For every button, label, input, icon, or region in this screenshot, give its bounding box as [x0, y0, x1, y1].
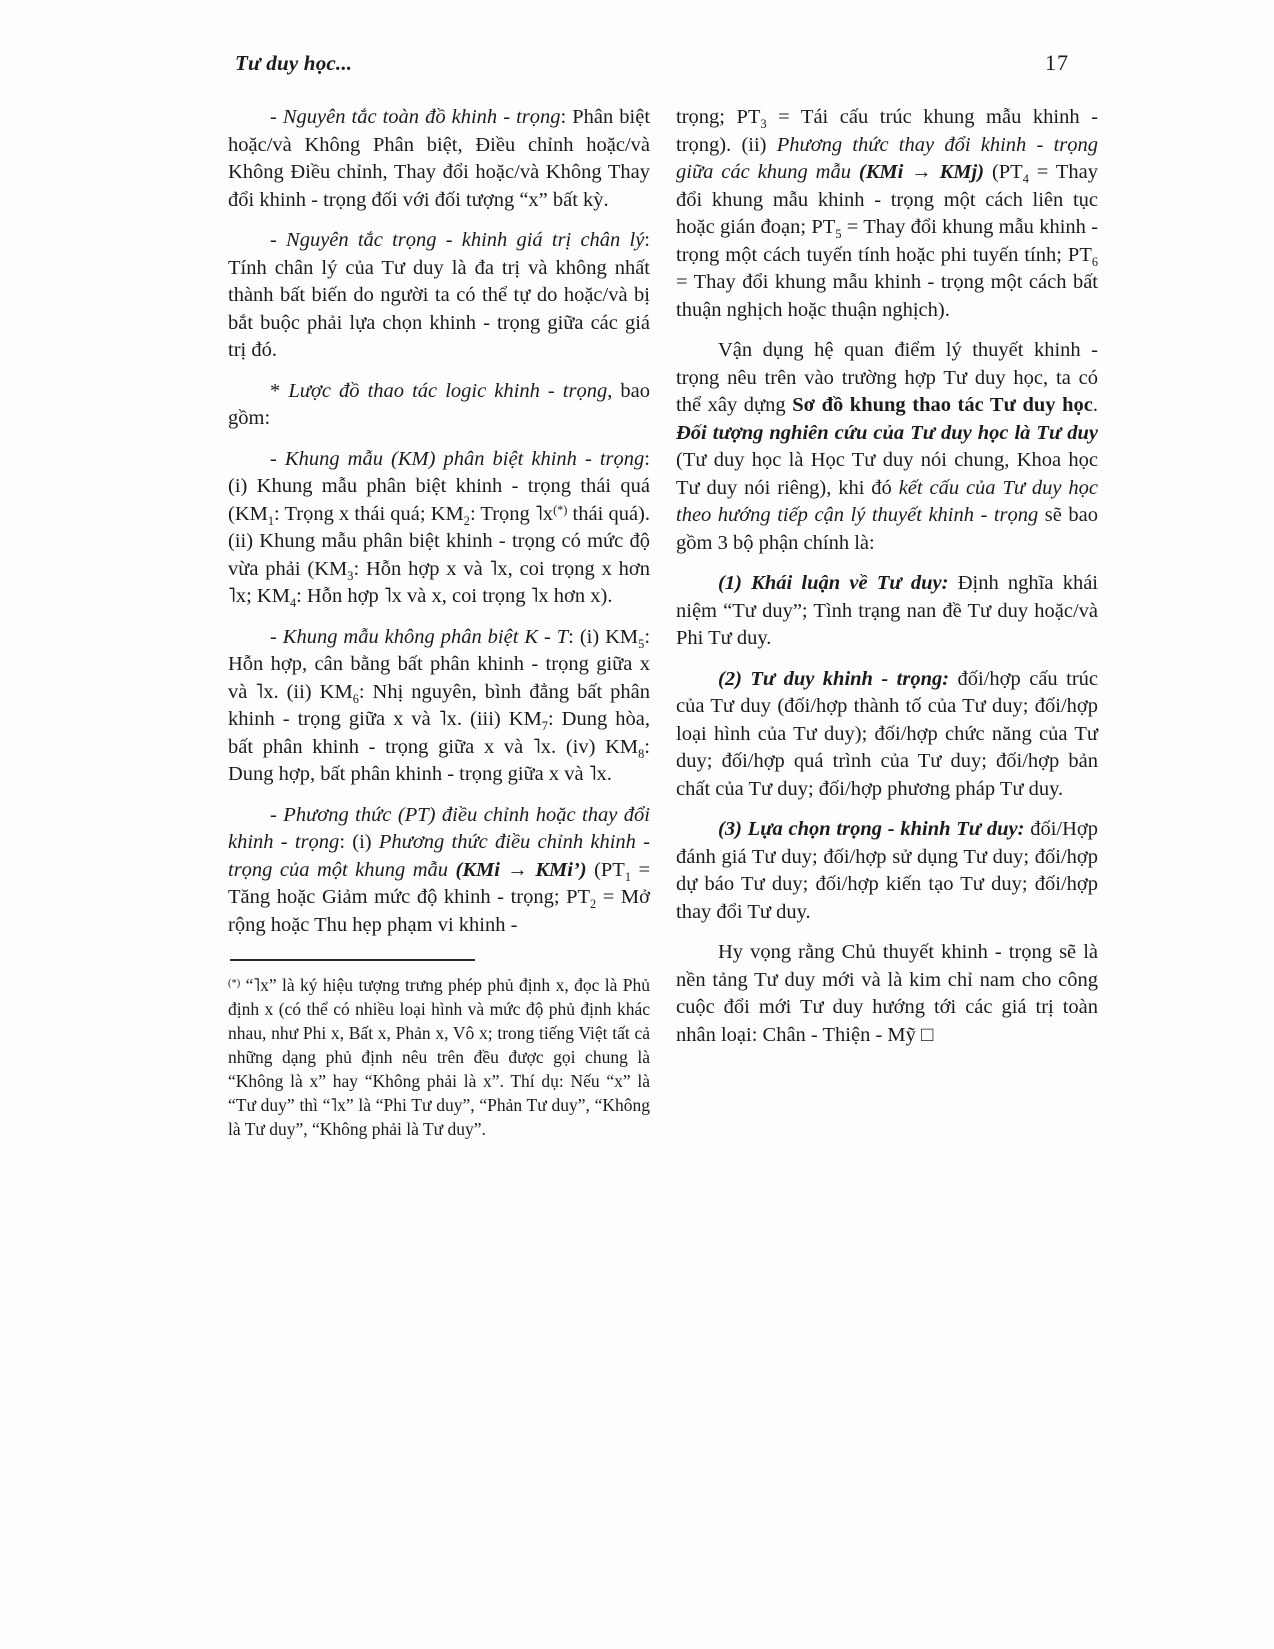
right-column-paragraphs: trọng; PT3 = Tái cấu trúc khung mẫu khin… — [676, 104, 1098, 1049]
running-title: Tư duy học... — [235, 51, 352, 76]
paragraph: - Khung mẫu không phân biệt K - T: (i) K… — [228, 624, 650, 789]
two-column-body: - Nguyên tắc toàn đồ khinh - trọng: Phân… — [228, 104, 1098, 1141]
paragraph: (*) “˥x” là ký hiệu tượng trưng phép phủ… — [228, 973, 650, 1141]
footnote-rule — [230, 959, 475, 961]
page-number: 17 — [1045, 50, 1069, 76]
left-column: - Nguyên tắc toàn đồ khinh - trọng: Phân… — [228, 104, 650, 1141]
paragraph: Hy vọng rằng Chủ thuyết khinh - trọng sẽ… — [676, 939, 1098, 1049]
left-column-paragraphs: - Nguyên tắc toàn đồ khinh - trọng: Phân… — [228, 104, 650, 939]
paragraph: - Nguyên tắc toàn đồ khinh - trọng: Phân… — [228, 104, 650, 214]
paragraph: Vận dụng hệ quan điểm lý thuyết khinh - … — [676, 337, 1098, 557]
paragraph: (2) Tư duy khinh - trọng: đối/hợp cấu tr… — [676, 666, 1098, 804]
document-page: Tư duy học... 17 - Nguyên tắc toàn đồ kh… — [0, 0, 1274, 1649]
paragraph: - Nguyên tắc trọng - khinh giá trị chân … — [228, 227, 650, 365]
paragraph: (1) Khái luận về Tư duy: Định nghĩa khái… — [676, 570, 1098, 653]
running-header: Tư duy học... 17 — [235, 50, 1069, 76]
paragraph: (3) Lựa chọn trọng - khinh Tư duy: đối/H… — [676, 816, 1098, 926]
footnote-text: (*) “˥x” là ký hiệu tượng trưng phép phủ… — [228, 973, 650, 1141]
paragraph: - Phương thức (PT) điều chỉnh hoặc thay … — [228, 802, 650, 940]
paragraph: trọng; PT3 = Tái cấu trúc khung mẫu khin… — [676, 104, 1098, 324]
paragraph: - Khung mẫu (KM) phân biệt khinh - trọng… — [228, 446, 650, 611]
footnote: (*) “˥x” là ký hiệu tượng trưng phép phủ… — [228, 959, 650, 1141]
paragraph: * Lược đồ thao tác logic khinh - trọng, … — [228, 378, 650, 433]
right-column: trọng; PT3 = Tái cấu trúc khung mẫu khin… — [676, 104, 1098, 1141]
